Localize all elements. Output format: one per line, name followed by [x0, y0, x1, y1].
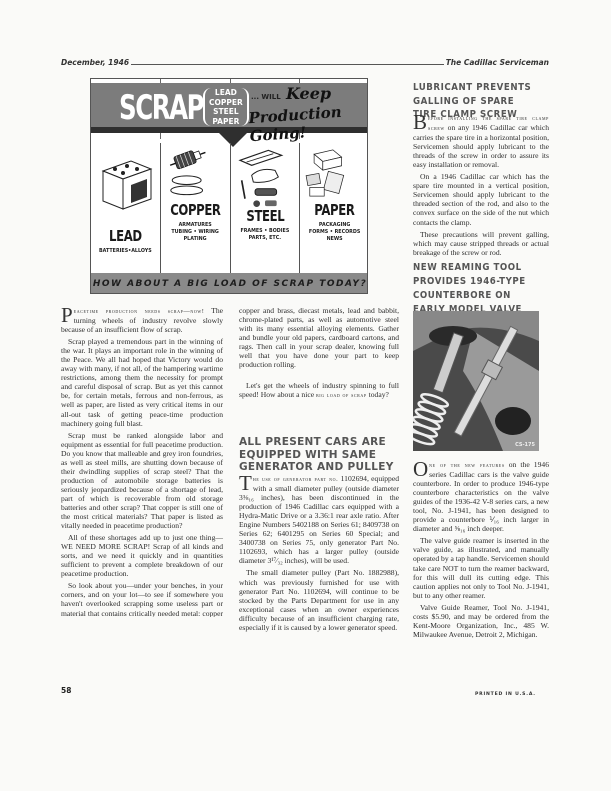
- drop-cap: O: [413, 461, 428, 478]
- lead-smallcaps: eacetime production needs scrap—now!: [74, 308, 205, 315]
- material-steel: STEEL: [213, 107, 239, 117]
- article-paragraph: On a 1946 Cadillac car which has the spa…: [413, 172, 549, 226]
- reamer-illustration: [413, 311, 539, 451]
- photo-code: CS-175: [515, 442, 535, 448]
- lubricant-article-body: Before installing the spare tire clamp s…: [413, 113, 549, 260]
- article-paragraph: All of these shortages add up to just on…: [61, 533, 223, 578]
- poster-tagline: HOW ABOUT A BIG LOAD OF SCRAP TODAY?: [91, 273, 368, 294]
- printed-in-usa: PRINTED IN U.S.A.: [475, 692, 536, 697]
- panel-subtitle: FORMS • RECORDS: [300, 229, 368, 236]
- poster-keep: Keep: [286, 84, 331, 103]
- generator-article-body: The use of generator part no. 1102694, e…: [239, 474, 399, 635]
- car-frame-parts-icon: [235, 147, 285, 207]
- poster-will: ... WILL: [251, 93, 281, 101]
- article-paragraph: These precautions will prevent galling, …: [413, 230, 549, 257]
- panel-subtitle: ARMATURES: [161, 222, 230, 229]
- lead-smallcaps: ne of the new features: [429, 462, 504, 469]
- article-lead-paragraph: Peacetime production needs scrap—now! Th…: [61, 306, 223, 334]
- running-header: December, 1946 The Cadillac Serviceman: [61, 53, 549, 67]
- panel-subtitle: TUBING • WIRING: [161, 229, 230, 236]
- paper-boxes-icon: [304, 147, 347, 199]
- scrap-article-continued: So look about you—under your benches, in…: [239, 306, 399, 403]
- reaming-article-body: One of the new features on the 1946 seri…: [413, 460, 549, 642]
- article-paragraph: The small diameter pulley (Part No. 1882…: [239, 568, 399, 631]
- valve-guide-reamer-photo: CS-175: [413, 311, 539, 451]
- article-closing-paragraph: Let's get the wheels of industry spinnin…: [239, 381, 399, 400]
- panel-copper: COPPER ARMATURES TUBING • WIRING PLATING: [161, 143, 231, 273]
- material-lead: LEAD: [215, 88, 237, 98]
- panel-steel: STEEL FRAMES • BODIES PARTS, ETC.: [231, 143, 301, 273]
- page-number: 58: [61, 686, 71, 695]
- drop-cap: B: [413, 114, 427, 131]
- poster-headline: SCRAP: [119, 88, 203, 128]
- article-paragraph: The valve guide reamer is inserted in th…: [413, 536, 549, 599]
- armature-wire-icon: [165, 147, 208, 199]
- panel-title: PAPER: [308, 201, 362, 219]
- panel-title: COPPER: [168, 201, 222, 219]
- lead-text: 1102694, equipped with a small diameter …: [239, 474, 399, 565]
- panel-subtitle: FRAMES • BODIES: [231, 228, 300, 235]
- panel-lead: LEAD BATTERIES•ALLOYS: [91, 143, 161, 273]
- material-paper: PAPER: [212, 117, 239, 127]
- material-copper: COPPER: [209, 98, 243, 108]
- article-paragraph: Scrap played a tremendous part in the wi…: [61, 337, 223, 427]
- poster-banner: SCRAP LEAD COPPER STEEL PAPER ... WILL K…: [91, 83, 368, 143]
- panel-title: LEAD: [99, 227, 153, 245]
- panel-subtitle: PARTS, ETC.: [231, 235, 300, 242]
- article-lead-paragraph: Before installing the spare tire clamp s…: [413, 113, 549, 169]
- article-lead-paragraph: One of the new features on the 1946 seri…: [413, 460, 549, 533]
- article-lead-paragraph: The use of generator part no. 1102694, e…: [239, 474, 399, 565]
- continued-text: So look about you—under your benches, in…: [239, 306, 399, 370]
- drop-cap: P: [61, 307, 73, 324]
- lead-smallcaps: he use of generator part no.: [253, 476, 339, 483]
- panel-subtitle: PLATING: [161, 236, 230, 243]
- article-paragraph-continued: So look about you—under your benches, in…: [239, 306, 399, 378]
- header-rule: [131, 64, 444, 65]
- panel-subtitle: NEWS: [300, 236, 368, 243]
- battery-icon: [95, 147, 155, 219]
- poster-panels: LEAD BATTERIES•ALLOYS COPPER ARMATURES T…: [91, 143, 368, 273]
- lead-text: on the 1946 series Cadillac cars is the …: [413, 460, 549, 533]
- poster-material-list: LEAD COPPER STEEL PAPER: [203, 88, 249, 126]
- panel-subtitle: BATTERIES•ALLOYS: [91, 248, 160, 255]
- generator-article-headline: ALL PRESENT CARS ARE EQUIPPED WITH SAME …: [239, 436, 404, 474]
- article-paragraph: So look about you—under your benches, in…: [61, 581, 223, 617]
- scrap-poster: SCRAP LEAD COPPER STEEL PAPER ... WILL K…: [90, 78, 368, 294]
- panel-subtitle: PACKAGING: [300, 222, 368, 229]
- article-paragraph: Scrap must be ranked alongside labor and…: [61, 431, 223, 531]
- panel-title: STEEL: [238, 207, 292, 225]
- publication-title: The Cadillac Serviceman: [446, 58, 549, 67]
- drop-cap: T: [239, 475, 252, 492]
- issue-date: December, 1946: [61, 58, 129, 67]
- panel-paper: PAPER PACKAGING FORMS • RECORDS NEWS: [300, 143, 368, 273]
- poster-production-going: Production Going!: [248, 101, 368, 145]
- article-paragraph: Valve Guide Reamer, Tool No. J-1941, cos…: [413, 603, 549, 639]
- scrap-article: Peacetime production needs scrap—now! Th…: [61, 306, 223, 620]
